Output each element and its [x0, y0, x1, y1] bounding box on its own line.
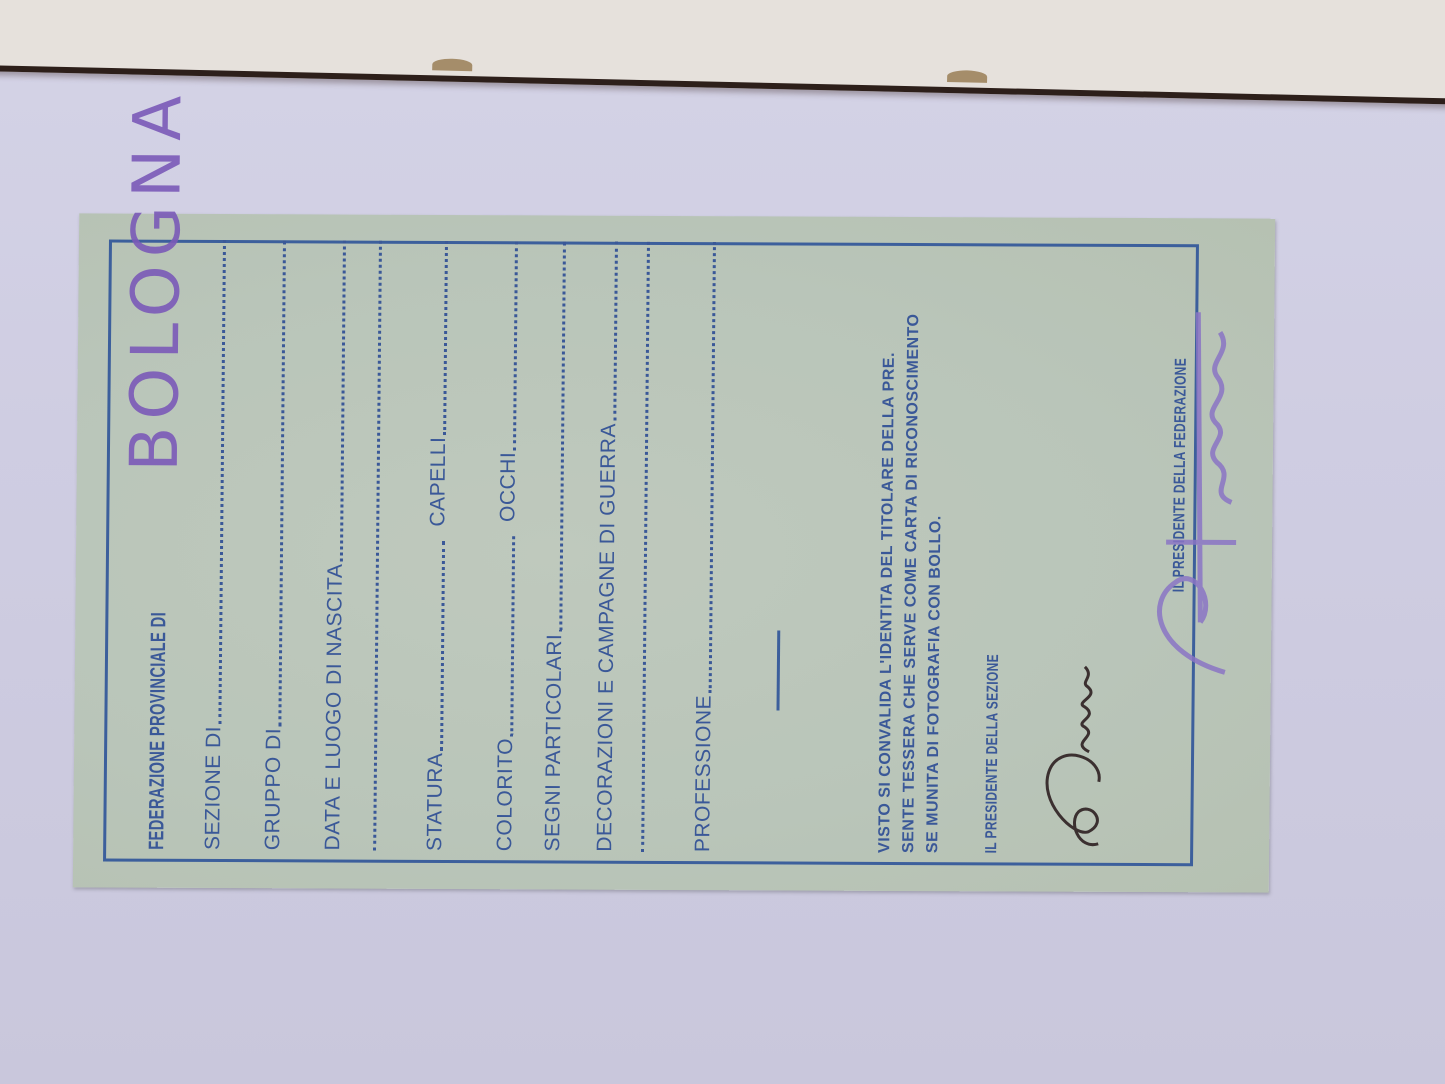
field-label: GRUPPO DI [261, 726, 286, 850]
federazione-signature [1135, 272, 1259, 693]
backboard-edge [0, 0, 1445, 105]
field-blank [709, 242, 716, 693]
field-blank [613, 242, 618, 421]
field-blank [278, 240, 286, 726]
field-label: PROFESSIONE [691, 693, 717, 852]
field-label: CAPELLI [426, 435, 451, 541]
backboard-tear [432, 58, 472, 71]
field-blank [559, 242, 566, 632]
field-label: STATURA [423, 751, 448, 851]
card-content: FEDERAZIONE PROVINCIALE DI BOLOGNA SEZIO… [73, 213, 1275, 892]
field-label: SEZIONE DI [201, 724, 226, 850]
field-label: DECORAZIONI E CAMPAGNE DI GUERRA [593, 421, 621, 852]
field-blank [218, 240, 226, 724]
validation-note: VISTO SI CONVALIDA L'IDENTITA DEL TITOLA… [873, 233, 951, 853]
field-label: OCCHI [496, 450, 521, 536]
field-label: SEGNI PARTICOLARI [541, 632, 567, 852]
field-blank [440, 541, 445, 751]
field-blank [513, 241, 518, 450]
card-header: FEDERAZIONE PROVINCIALE DI BOLOGNA [113, 234, 189, 850]
membership-card: FEDERAZIONE PROVINCIALE DI BOLOGNA SEZIO… [73, 213, 1275, 892]
field-blank [340, 241, 346, 562]
sezione-president-label: IL PRESIDENTE DELLA SEZIONE [983, 654, 1003, 854]
field-blank [510, 536, 515, 736]
field-blank [443, 241, 448, 435]
header-federation: FEDERAZIONE PROVINCIALE DI [145, 612, 171, 850]
field-label: COLORITO [493, 736, 518, 851]
backboard-tear [947, 70, 987, 83]
header-city-stamp: BOLOGNA [116, 87, 197, 471]
field-label: DATA E LUOGO DI NASCITA [321, 562, 348, 851]
sezione-signature [1028, 632, 1120, 852]
